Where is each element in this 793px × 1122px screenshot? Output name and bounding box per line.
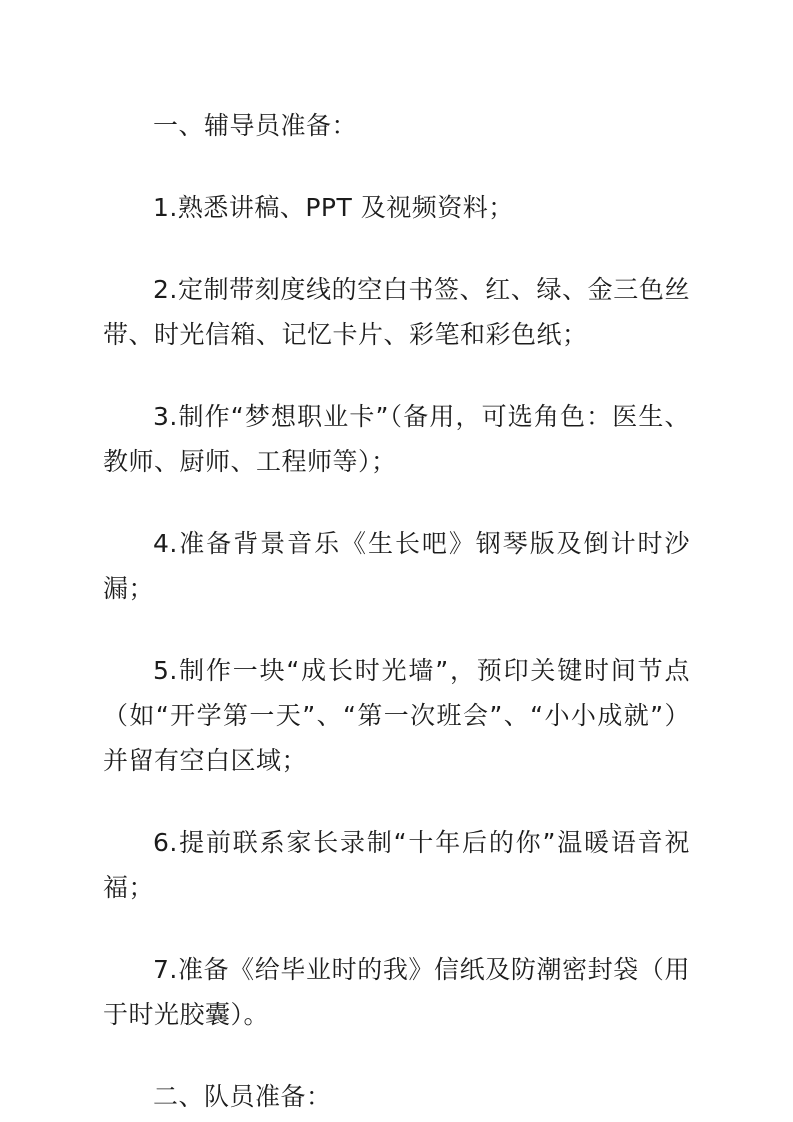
list-paragraph: 3.制作“梦想职业卡”（备用，可选角色：医生、教师、厨师、工程师等）； bbox=[103, 394, 690, 484]
list-paragraph: 5.制作一块“成长时光墙”，预印关键时间节点（如“开学第一天”、“第一次班会”、… bbox=[103, 648, 690, 783]
list-paragraph: 4.准备背景音乐《生长吧》钢琴版及倒计时沙漏； bbox=[103, 521, 690, 611]
document-body: 一、辅导员准备：1.熟悉讲稿、PPT 及视频资料；2.定制带刻度线的空白书签、红… bbox=[0, 0, 793, 1119]
list-paragraph: 6.提前联系家长录制“十年后的你”温暖语音祝福； bbox=[103, 820, 690, 910]
section-heading: 一、辅导员准备： bbox=[103, 103, 690, 148]
list-paragraph: 1.熟悉讲稿、PPT 及视频资料； bbox=[103, 185, 690, 230]
document-page: 一、辅导员准备：1.熟悉讲稿、PPT 及视频资料；2.定制带刻度线的空白书签、红… bbox=[0, 0, 793, 1122]
list-paragraph: 7.准备《给毕业时的我》信纸及防潮密封袋（用于时光胶囊）。 bbox=[103, 947, 690, 1037]
section-heading: 二、队员准备： bbox=[103, 1074, 690, 1119]
list-paragraph: 2.定制带刻度线的空白书签、红、绿、金三色丝带、时光信箱、记忆卡片、彩笔和彩色纸… bbox=[103, 267, 690, 357]
